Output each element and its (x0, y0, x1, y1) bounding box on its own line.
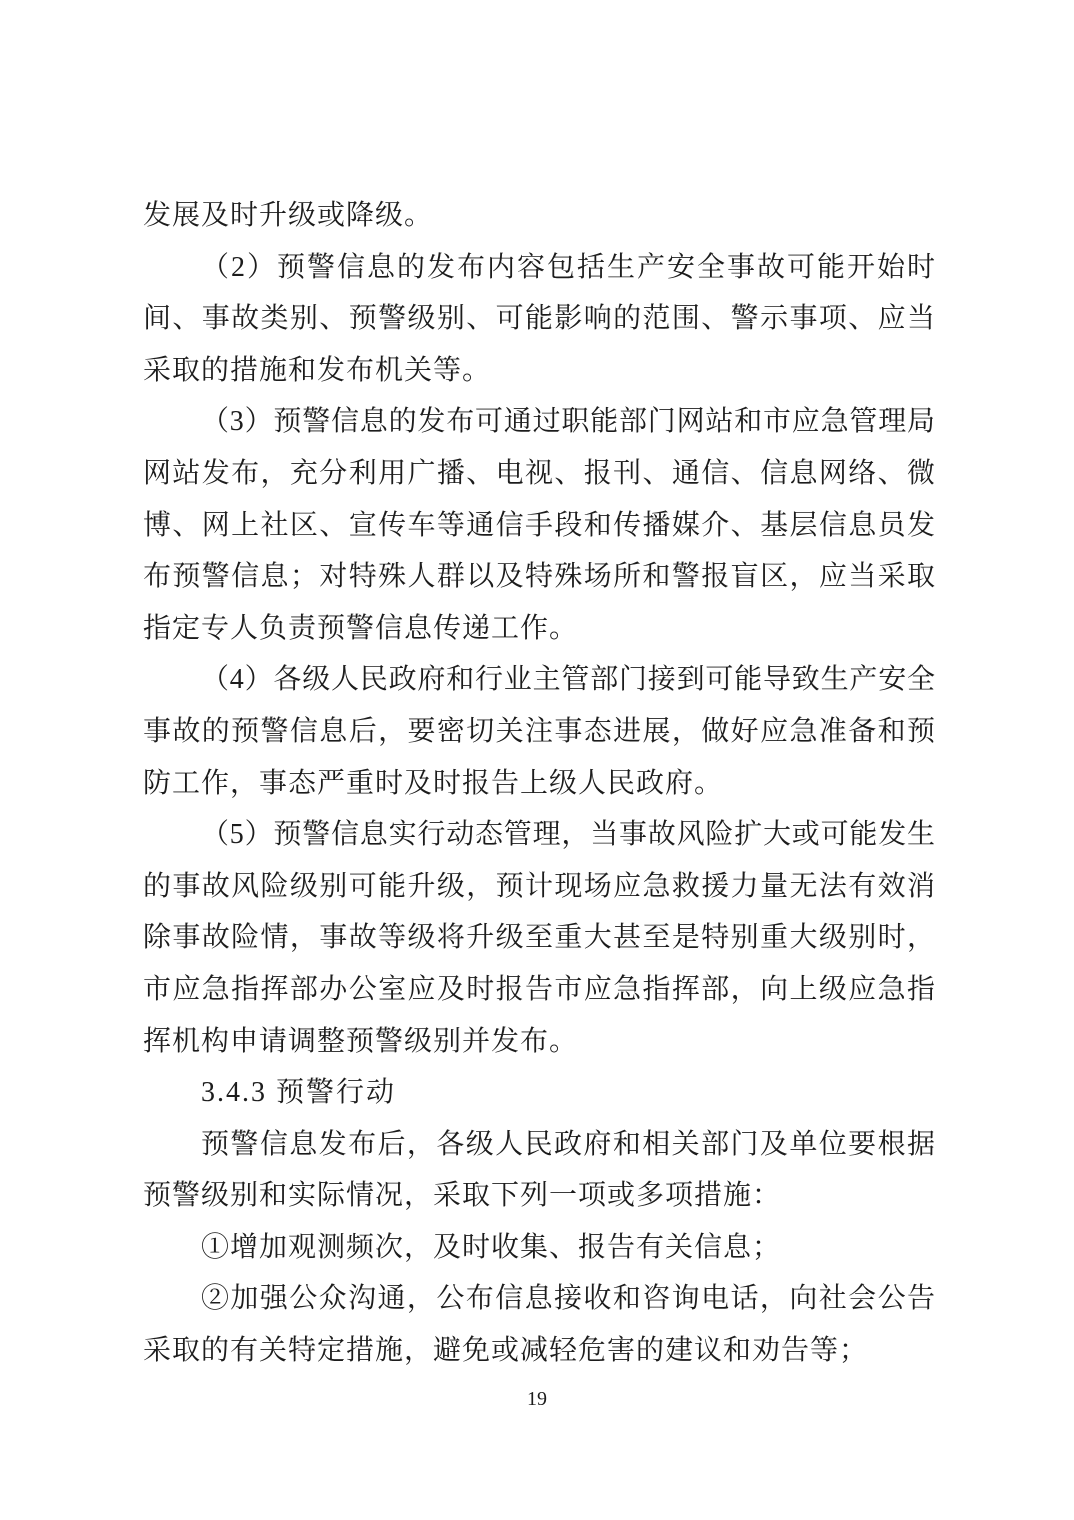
text-line: 的事故风险级别可能升级，预计现场应急救援力量无法有效消 (143, 861, 935, 913)
text-line: ①增加观测频次，及时收集、报告有关信息； (143, 1222, 935, 1274)
text-line: 博、网上社区、宣传车等通信手段和传播媒介、基层信息员发 (143, 500, 935, 552)
text-line: 间、事故类别、预警级别、可能影响的范围、警示事项、应当 (143, 293, 935, 345)
text-line: 挥机构申请调整预警级别并发布。 (143, 1016, 935, 1068)
text-line: （3）预警信息的发布可通过职能部门网站和市应急管理局 (143, 396, 935, 448)
text-line: ②加强公众沟通，公布信息接收和咨询电话，向社会公告 (143, 1273, 935, 1325)
text-line: 除事故险情，事故等级将升级至重大甚至是特别重大级别时， (143, 912, 935, 964)
text-line: 采取的措施和发布机关等。 (143, 345, 935, 397)
text-line: （4）各级人民政府和行业主管部门接到可能导致生产安全 (143, 654, 935, 706)
text-line: （2）预警信息的发布内容包括生产安全事故可能开始时 (143, 242, 935, 294)
text-line: 市应急指挥部办公室应及时报告市应急指挥部，向上级应急指 (143, 964, 935, 1016)
text-line: （5）预警信息实行动态管理，当事故风险扩大或可能发生 (143, 809, 935, 861)
document-page: 发展及时升级或降级。 （2）预警信息的发布内容包括生产安全事故可能开始时 间、事… (0, 0, 1074, 1520)
text-line: 发展及时升级或降级。 (143, 190, 935, 242)
text-line: 防工作，事态严重时及时报告上级人民政府。 (143, 758, 935, 810)
text-line: 网站发布，充分利用广播、电视、报刊、通信、信息网络、微 (143, 448, 935, 500)
document-text-block: 发展及时升级或降级。 （2）预警信息的发布内容包括生产安全事故可能开始时 间、事… (143, 190, 935, 1377)
text-line: 采取的有关特定措施，避免或减轻危害的建议和劝告等； (143, 1325, 935, 1377)
text-line: 预警信息发布后，各级人民政府和相关部门及单位要根据 (143, 1119, 935, 1171)
text-line: 事故的预警信息后，要密切关注事态进展，做好应急准备和预 (143, 706, 935, 758)
page-number: 19 (0, 1388, 1074, 1411)
section-heading: 3.4.3 预警行动 (143, 1067, 935, 1119)
text-line: 预警级别和实际情况，采取下列一项或多项措施： (143, 1170, 935, 1222)
text-line: 布预警信息；对特殊人群以及特殊场所和警报盲区，应当采取 (143, 551, 935, 603)
text-line: 指定专人负责预警信息传递工作。 (143, 603, 935, 655)
